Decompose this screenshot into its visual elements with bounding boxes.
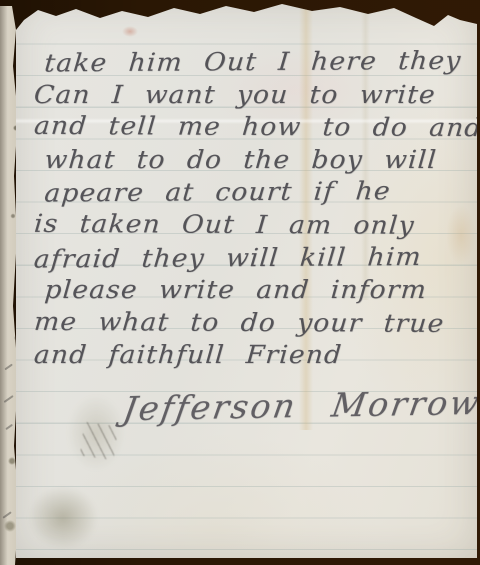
bleed-through-mark bbox=[2, 511, 11, 518]
signature: Jefferson Morrow bbox=[120, 383, 480, 428]
letter-line: is taken Out I am only bbox=[33, 208, 480, 243]
letter-page: take him Out I here they Can I want you … bbox=[16, 0, 477, 558]
letter-text-block: take him Out I here they Can I want you … bbox=[34, 46, 480, 372]
letter-line: me what to do your true bbox=[33, 306, 480, 341]
letter-line: apeare at court if he bbox=[32, 175, 480, 211]
letter-line: afraid they will kill him bbox=[32, 240, 480, 276]
bleed-through-mark bbox=[4, 364, 12, 370]
letter-line: Can I want you to write bbox=[33, 79, 480, 112]
letter-line: please write and inform bbox=[33, 274, 480, 307]
bleed-through-mark bbox=[5, 424, 12, 430]
bleed-through-mark bbox=[4, 395, 14, 403]
letter-line: and faithfull Friend bbox=[33, 339, 480, 372]
letter-scan: take him Out I here they Can I want you … bbox=[0, 0, 480, 565]
letter-line: what to do the boy will bbox=[33, 144, 480, 177]
letter-line: take him Out I here they bbox=[32, 44, 480, 80]
letter-line: and tell me how to do and bbox=[33, 110, 480, 145]
